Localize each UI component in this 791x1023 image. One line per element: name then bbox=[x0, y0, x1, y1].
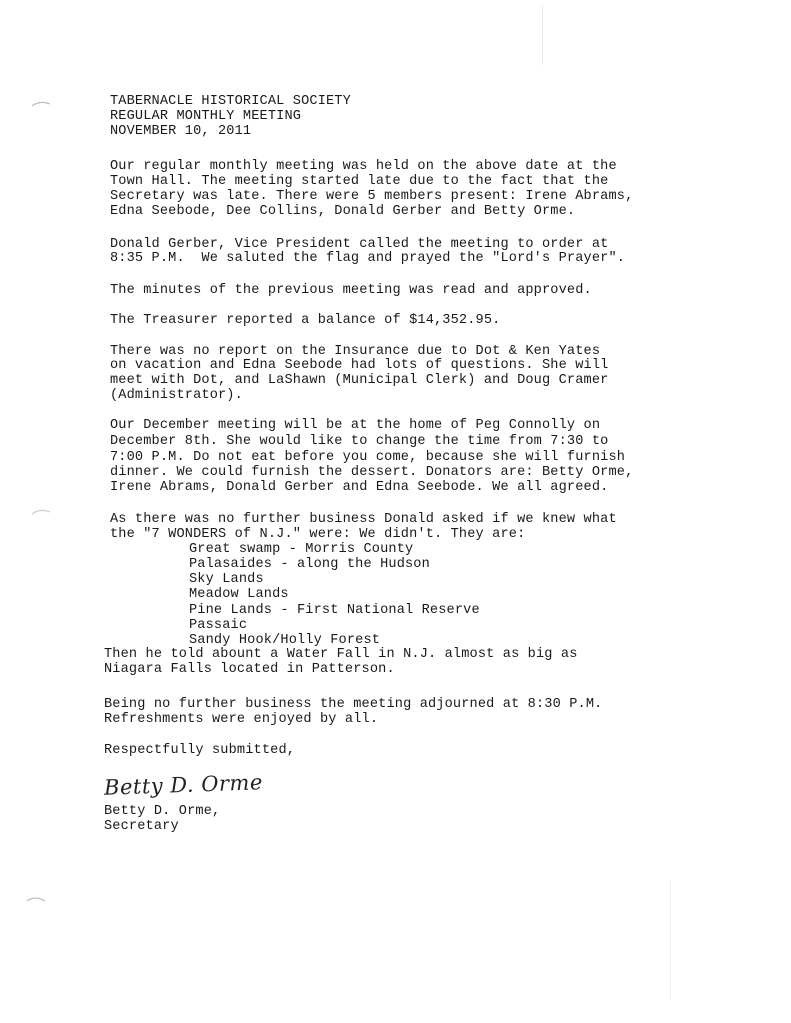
meeting-date: NOVEMBER 10, 2011 bbox=[110, 124, 251, 139]
paragraph-line: Secretary was late. There were 5 members… bbox=[110, 189, 633, 204]
handwritten-signature: Betty D. Orme bbox=[104, 770, 264, 800]
paragraph-line: the "7 WONDERS of N.J." were: We didn't.… bbox=[110, 527, 525, 542]
wonder-list-item: Sandy Hook/Holly Forest bbox=[189, 633, 380, 648]
wonder-list-item: Sky Lands bbox=[189, 572, 264, 587]
paragraph-line: Niagara Falls located in Patterson. bbox=[104, 662, 395, 677]
paragraph-line: December 8th. She would like to change t… bbox=[110, 434, 608, 449]
signer-title: Secretary bbox=[104, 819, 179, 834]
organization-title: TABERNACLE HISTORICAL SOCIETY bbox=[110, 94, 351, 109]
paragraph-line: (Administrator). bbox=[110, 388, 243, 403]
paragraph-line: Refreshments were enjoyed by all. bbox=[104, 712, 378, 727]
scan-artifact bbox=[542, 5, 543, 65]
paragraph-line: Edna Seebode, Dee Collins, Donald Gerber… bbox=[110, 204, 575, 219]
punch-hole-mark bbox=[30, 508, 52, 516]
punch-hole-mark bbox=[30, 100, 52, 108]
paragraph-line: Our regular monthly meeting was held on … bbox=[110, 159, 617, 174]
paragraph-line: dinner. We could furnish the dessert. Do… bbox=[110, 465, 633, 480]
wonder-list-item: Passaic bbox=[189, 618, 247, 633]
wonder-list-item: Pine Lands - First National Reserve bbox=[189, 603, 480, 618]
paragraph-line: Our December meeting will be at the home… bbox=[110, 418, 600, 433]
signer-name: Betty D. Orme, bbox=[104, 804, 220, 819]
paragraph-line: There was no report on the Insurance due… bbox=[110, 344, 600, 359]
closing-salutation: Respectfully submitted, bbox=[104, 743, 295, 758]
treasurer-report: The Treasurer reported a balance of $14,… bbox=[110, 313, 500, 328]
scan-artifact bbox=[670, 880, 671, 1000]
paragraph-line: The minutes of the previous meeting was … bbox=[110, 283, 592, 298]
paragraph-line: on vacation and Edna Seebode had lots of… bbox=[110, 358, 608, 373]
paragraph-line: Town Hall. The meeting started late due … bbox=[110, 174, 608, 189]
document-page: TABERNACLE HISTORICAL SOCIETY REGULAR MO… bbox=[0, 0, 791, 1023]
paragraph-line: As there was no further business Donald … bbox=[110, 512, 617, 527]
paragraph-line: 7:00 P.M. Do not eat before you come, be… bbox=[110, 450, 625, 465]
wonder-list-item: Meadow Lands bbox=[189, 587, 289, 602]
paragraph-line: Being no further business the meeting ad… bbox=[104, 697, 602, 712]
paragraph-line: meet with Dot, and LaShawn (Municipal Cl… bbox=[110, 373, 608, 388]
wonder-list-item: Palasaides - along the Hudson bbox=[189, 557, 430, 572]
paragraph-line: Irene Abrams, Donald Gerber and Edna See… bbox=[110, 480, 608, 495]
paragraph-line: Then he told abount a Water Fall in N.J.… bbox=[104, 647, 578, 662]
wonder-list-item: Great swamp - Morris County bbox=[189, 542, 413, 557]
paragraph-line: 8:35 P.M. We saluted the flag and prayed… bbox=[110, 251, 625, 266]
punch-hole-mark bbox=[25, 895, 47, 905]
meeting-type: REGULAR MONTHLY MEETING bbox=[110, 109, 301, 124]
paragraph-line: Donald Gerber, Vice President called the… bbox=[110, 237, 608, 252]
